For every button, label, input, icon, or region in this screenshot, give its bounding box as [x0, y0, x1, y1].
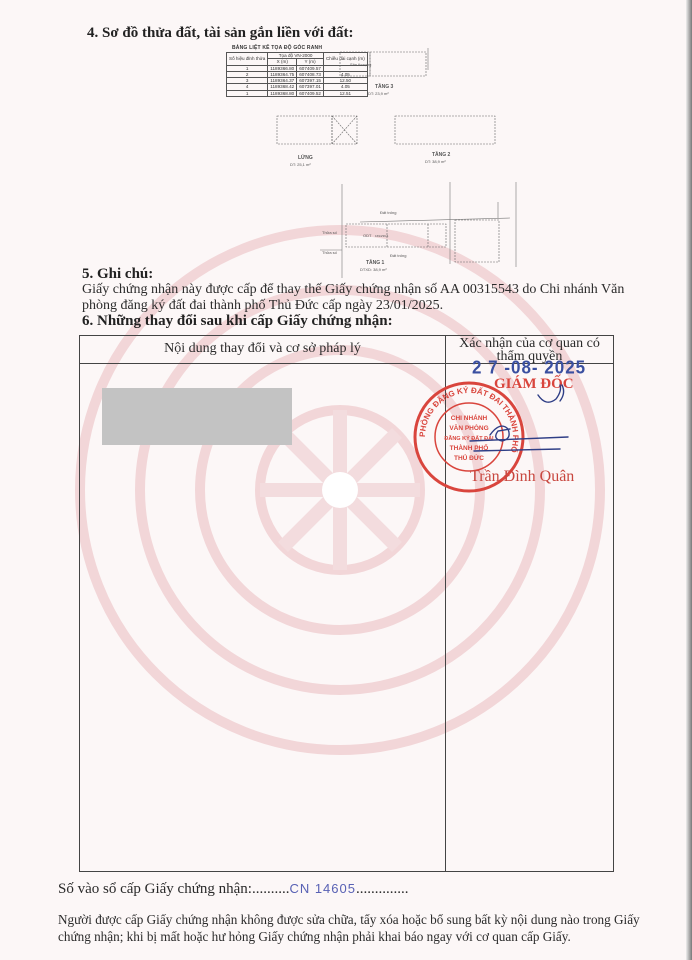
redacted-content-block	[102, 388, 292, 445]
floor-2-area: DT: 38,9 m²	[425, 159, 446, 164]
signer-name: Trần Đình Quân	[470, 468, 574, 486]
floor-3-label: TẦNG 3	[375, 83, 394, 90]
section-4-heading: 4. Sơ đồ thửa đất, tài sản gắn liền với …	[87, 25, 354, 42]
register-label: Số vào sổ cấp Giấy chứng nhận:	[58, 881, 252, 897]
plan-neighbor-label: Thửa số	[322, 230, 338, 235]
certificate-page: 4. Sơ đồ thửa đất, tài sản gắn liền với …	[0, 0, 692, 960]
changes-column-header: Nội dung thay đổi và cơ sở pháp lý	[80, 341, 445, 357]
section-5-heading: 5. Ghi chú:	[82, 266, 153, 283]
floor-plan-diagram: Sân thượng TẦNG 3 DT: 23,9 m² TẦNG 2 DT:…	[260, 42, 530, 278]
plan-terrace-label: Sân thượng	[350, 62, 371, 67]
floor-3-area: DT: 23,9 m²	[368, 91, 389, 96]
register-dots-before: ..........	[252, 881, 290, 897]
floor-1-label: TẦNG 1	[366, 259, 385, 266]
section-6-heading: 6. Những thay đổi sau khi cấp Giấy chứng…	[82, 313, 393, 330]
mezzanine-label: LỬNG	[298, 154, 313, 161]
signature-icon	[450, 375, 590, 465]
page-edge	[686, 0, 692, 960]
plan-empty-land-label-2: Đất trống	[390, 253, 406, 258]
floor-2-label: TẦNG 2	[432, 151, 451, 158]
warning-text: Người được cấp Giấy chứng nhận không đượ…	[58, 911, 658, 945]
plan-empty-land-label: Đất trống	[380, 210, 396, 215]
register-number-line: Số vào sổ cấp Giấy chứng nhận:..........…	[58, 881, 408, 898]
plan-neighbor-label-2: Thửa số	[322, 250, 338, 255]
section-5-note-text: Giấy chứng nhận này được cấp để thay thế…	[82, 282, 642, 314]
register-dots-after: ..............	[356, 881, 409, 897]
register-number: CN 14605	[289, 881, 356, 896]
plan-land-code: ODT	[363, 233, 372, 238]
plan-parcel-fraction: 1694/39.6	[375, 234, 389, 238]
mezzanine-area: DT: 25,1 m²	[290, 162, 311, 167]
floor-1-area: DTXD: 38,9 m²	[360, 267, 387, 272]
